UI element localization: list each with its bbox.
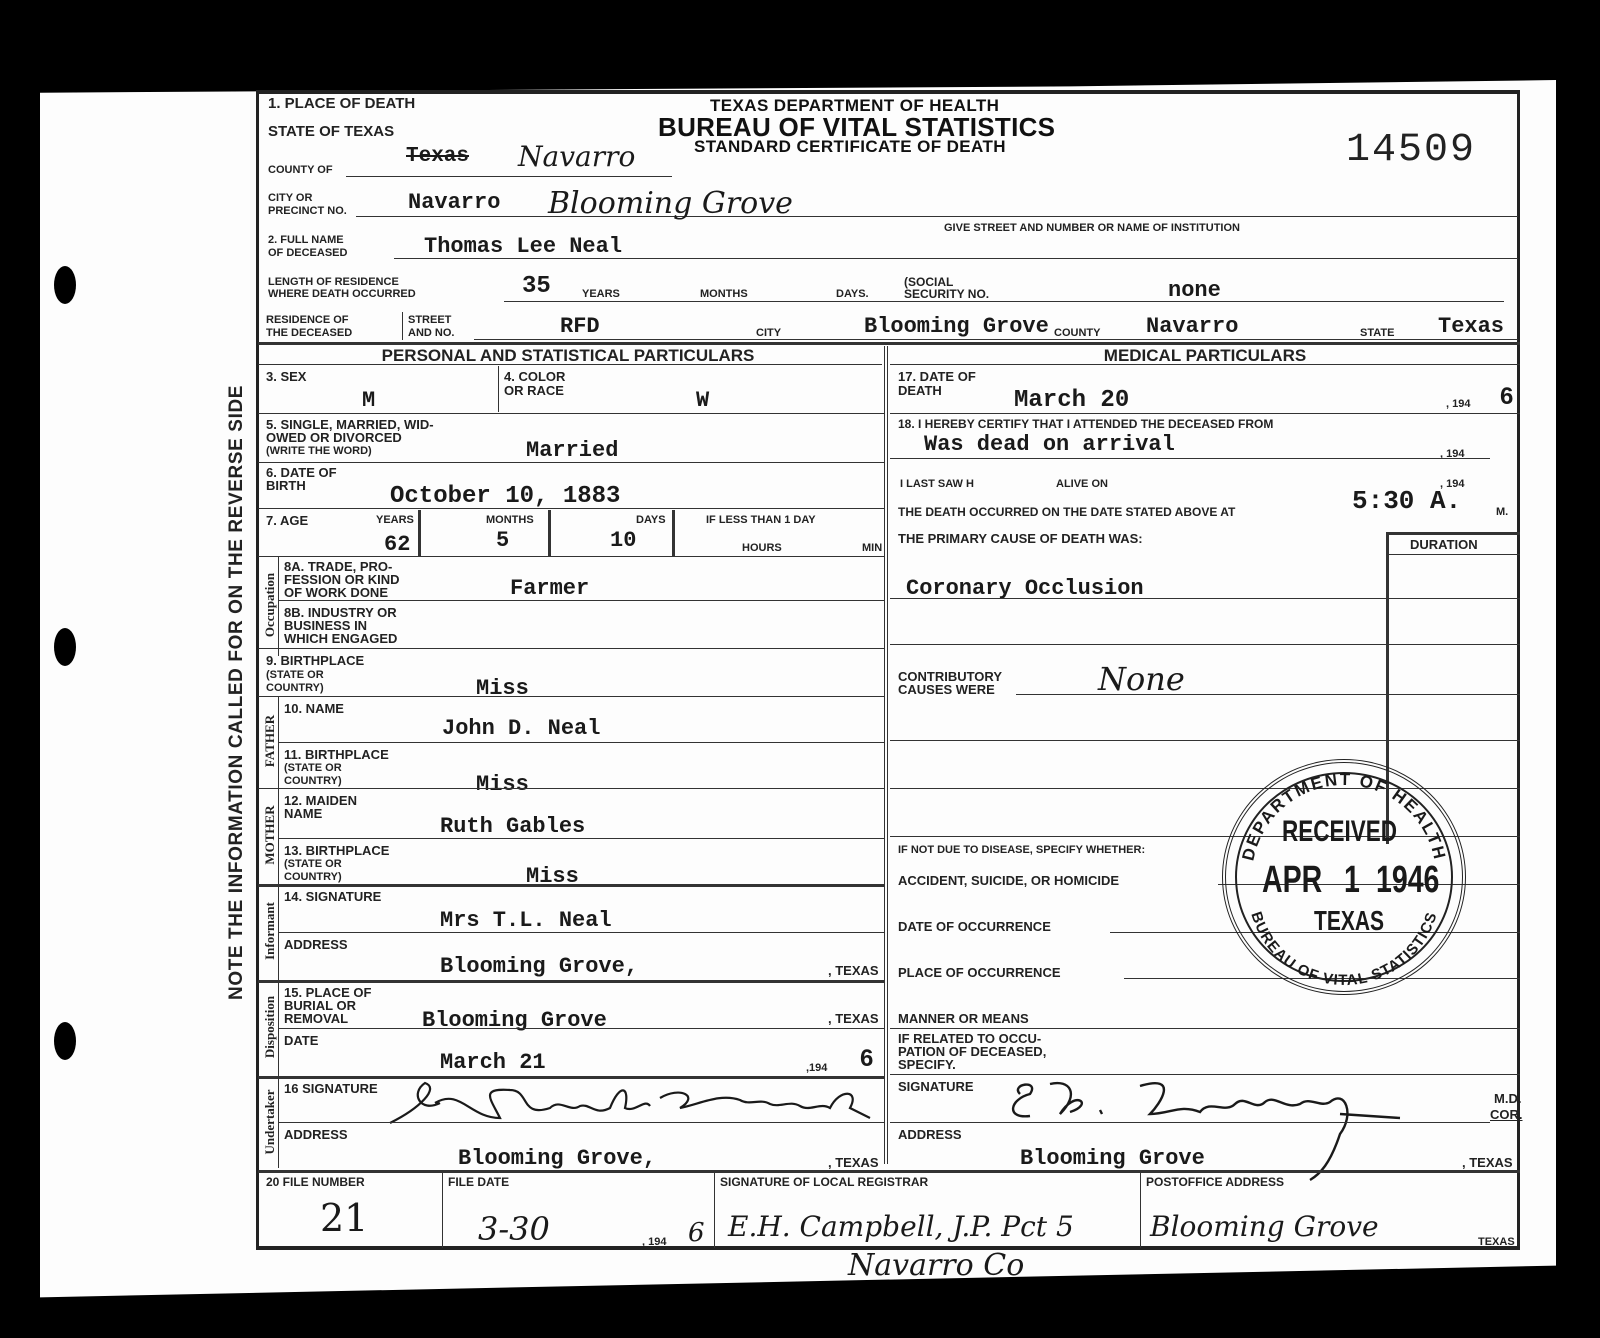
row-line [278,742,884,743]
birthplace-label-2: (STATE OR [266,669,324,681]
birthplace-label-1: 9. BIRTHPLACE [266,654,364,667]
county-typed-struck: Texas [406,146,469,168]
row-line [890,598,1520,599]
city-label-2: PRECINCT NO. [268,205,347,217]
county-underline [346,176,672,177]
row-line [278,932,884,933]
mother-maiden-name: Ruth Gables [440,816,585,838]
age-hours-label: HOURS [742,542,782,554]
texas-suffix: TEXAS [1478,1236,1515,1248]
informant-signature: Mrs T.L. Neal [440,910,612,932]
registrar-label: SIGNATURE OF LOCAL REGISTRAR [720,1176,928,1188]
not-disease-label: IF NOT DUE TO DISEASE, SPECIFY WHETHER: [898,844,1145,856]
street-hint: GIVE STREET AND NUMBER OR NAME OF INSTIT… [944,222,1240,234]
residence-divider [402,312,403,340]
row-line [890,740,1520,741]
contributory-causes: None [1098,660,1185,698]
res-county-label: COUNTY [1054,327,1100,339]
contributory-label-2: CAUSES WERE [898,683,995,696]
race-label-2: OR RACE [504,384,564,397]
race-value: W [696,390,709,412]
file-number-label: 20 FILE NUMBER [266,1176,365,1188]
undertaker-addr-label: ADDRESS [284,1128,348,1141]
col-line [672,510,675,556]
duration-top [1386,532,1520,535]
col-line [548,510,551,556]
burial-date: March 21 [440,1052,546,1074]
residence-label-1: RESIDENCE OF [266,314,349,326]
residence-underline [504,301,1504,302]
ssn-value: none [1168,280,1221,302]
years-label: YEARS [582,288,620,300]
father-name: John D. Neal [442,718,600,740]
marital-status: Married [526,440,618,462]
physician-sig-label: SIGNATURE [898,1080,974,1093]
file-year-prefix: , 194 [642,1236,666,1248]
time-of-death: 5:30 A. [1352,490,1461,512]
row-line [1386,554,1520,555]
row-line [258,696,884,697]
medical-hdr-line [890,364,1520,365]
center-divider [884,346,888,1164]
registrar-signature: E.H. Campbell, J.P. Pct 5 [728,1210,1074,1243]
file-date: 3-30 [478,1210,550,1248]
informant-sig-label: 14. SIGNATURE [284,890,381,903]
stamp-year: 1946 [1376,859,1439,902]
residence-street-underline [474,339,1518,340]
physician-address: Blooming Grove [1020,1148,1205,1170]
physician-addr-label: ADDRESS [898,1128,962,1141]
age-label: 7. AGE [266,514,308,527]
sex-value: M [362,390,375,412]
county-label: COUNTY OF [268,164,333,176]
row-line [278,1122,884,1123]
undertaker-sig-label: 16 SIGNATURE [284,1082,378,1095]
row-line [258,648,884,649]
postoffice-address: Blooming Grove [1150,1210,1379,1243]
row-line [258,462,884,463]
dod-label-1: 17. DATE OF [898,370,976,383]
file-date-label: FILE DATE [448,1176,509,1188]
mother-bp-label-2: (STATE OR [284,858,342,870]
md-label: M.D. [1494,1092,1521,1105]
residence-street: RFD [560,316,600,338]
duration-label: DURATION [1410,538,1478,551]
texas-suffix: , TEXAS [828,964,879,977]
days-label: DAYS. [836,288,869,300]
row-line [258,508,884,509]
deceased-full-name: Thomas Lee Neal [424,236,622,258]
mother-name-label-2: NAME [284,807,322,820]
residence-state: Texas [1438,316,1504,338]
city-typed: Navarro [408,192,500,214]
primary-cause-label: THE PRIMARY CAUSE OF DEATH WAS: [898,532,1143,545]
city-handwritten: Blooming Grove [548,186,793,221]
date-of-birth: October 10, 1883 [390,486,620,508]
informant-tab: Informant [262,884,278,978]
row-line [278,838,884,839]
row-line [258,980,884,983]
months-label: MONTHS [700,288,748,300]
alive-on-label: ALIVE ON [1056,478,1108,490]
father-bp-label-2: (STATE OR [284,762,342,774]
row-line [258,413,884,414]
undertaker-address: Blooming Grove, [458,1148,656,1170]
row-line [1016,694,1520,695]
trade-label-3: OF WORK DONE [284,586,388,599]
row-line [258,556,884,557]
mother-tab: MOTHER [262,788,278,882]
date-of-death: March 20 [1014,390,1129,412]
city-underline [356,216,1518,217]
col-line [714,1170,715,1248]
sex-label: 3. SEX [266,370,306,383]
accident-label: ACCIDENT, SUICIDE, OR HOMICIDE [898,874,1119,887]
burial-label-3: REMOVAL [284,1012,348,1025]
age-years-label: YEARS [376,514,414,526]
city-label-1: CITY OR [268,192,312,204]
file-year-suffix: 6 [688,1218,705,1248]
cor-label: COR. [1490,1108,1523,1121]
father-tab: FATHER [262,696,278,786]
texas-suffix: , TEXAS [828,1012,879,1025]
sex-race-divider [498,366,499,412]
father-bp-label-1: 11. BIRTHPLACE [284,748,389,761]
dod-year-prefix: , 194 [1446,398,1470,410]
col-line [1140,1170,1141,1248]
row-line [278,600,884,601]
punch-hole [54,266,76,304]
age-days-label: DAYS [636,514,666,526]
postoffice-label: POSTOFFICE ADDRESS [1146,1176,1284,1188]
disposition-tab: Disposition [262,980,278,1074]
filing-top [258,1170,1520,1173]
burial-year-suffix: 6 [860,1048,873,1070]
certify-value: Was dead on arrival [924,434,1175,456]
file-number: 21 [320,1196,368,1240]
row-line [890,458,1490,459]
informant-address: Blooming Grove, [440,956,638,978]
last-saw-label: I LAST SAW H [900,478,974,490]
birthplace-label-3: COUNTRY) [266,682,324,694]
personal-section-title: PERSONAL AND STATISTICAL PARTICULARS [258,346,878,366]
industry-label-3: WHICH ENGAGED [284,632,397,645]
row-line [890,1028,1520,1029]
row-line [258,788,884,789]
age-days: 10 [610,530,636,552]
ssn-label-2: SECURITY NO. [904,288,989,300]
texas-suffix: , TEXAS [1462,1156,1513,1169]
father-birthplace: Miss [476,774,529,796]
punch-hole [54,1022,76,1060]
margin-note: Navarro Co [848,1248,1024,1283]
section-divider [258,342,1520,345]
marital-label-3: (WRITE THE WORD) [266,445,372,457]
tab-divider [278,788,279,884]
res-city-label: CITY [756,327,781,339]
received-stamp: DEPARTMENT OF HEALTH BUREAU OF VITAL STA… [1222,759,1466,995]
manner-label: MANNER OR MEANS [898,1012,1029,1025]
certificate-number: 14509 [1346,128,1476,173]
mother-bp-label-1: 13. BIRTHPLACE [284,844,389,857]
col-line [442,1170,443,1248]
county-handwritten: Navarro [518,140,635,173]
dob-label-2: BIRTH [266,479,306,492]
full-name-label-1: 2. FULL NAME [268,234,344,246]
form-title: STANDARD CERTIFICATE OF DEATH [694,137,1006,157]
medical-section-title: MEDICAL PARTICULARS [890,346,1520,366]
age-years: 62 [384,534,410,556]
burial-date-label: DATE [284,1034,318,1047]
state-label: STATE OF TEXAS [268,124,394,139]
residence-length-label-2: WHERE DEATH OCCURRED [268,288,416,300]
occupation-tab: Occupation [262,556,278,654]
father-name-label: 10. NAME [284,702,344,715]
stamp-day: 1 [1344,859,1360,902]
occurred-label: THE DEATH OCCURRED ON THE DATE STATED AB… [898,506,1235,518]
tab-divider [278,556,279,656]
name-underline [394,258,1518,259]
undertaker-signature [380,1078,880,1128]
primary-cause: Coronary Occlusion [906,578,1144,600]
residence-label-2: THE DECEASED [266,327,352,339]
street-label-1: STREET [408,314,451,326]
occurrence-place-label: PLACE OF OCCURRENCE [898,966,1061,979]
age-months-label: MONTHS [486,514,534,526]
age-lt1-label: IF LESS THAN 1 DAY [706,514,816,526]
row-line [278,1028,884,1029]
col-line [418,510,421,556]
street-label-2: AND NO. [408,327,454,339]
row-line [258,884,884,887]
row-line [890,644,1520,645]
occ-related-label-3: SPECIFY. [898,1058,956,1071]
dod-label-2: DEATH [898,384,942,397]
stamp-state: TEXAS [1314,905,1384,937]
full-name-label-2: OF DECEASED [268,247,347,259]
row-line [890,413,1520,414]
residence-length-label-1: LENGTH OF RESIDENCE [268,276,399,288]
age-min-label: MIN [862,542,882,554]
residence-years-value: 35 [522,276,551,298]
race-label-1: 4. COLOR [504,370,565,383]
stamp-month: APR [1262,859,1322,902]
residence-city: Blooming Grove [864,316,1049,338]
age-months: 5 [496,530,509,552]
residence-county: Navarro [1146,316,1238,338]
undertaker-tab: Undertaker [262,1076,278,1168]
texas-suffix: , TEXAS [828,1156,879,1169]
punch-hole [54,628,76,666]
reverse-side-note: NOTE THE INFORMATION CALLED FOR ON THE R… [226,385,248,1000]
row-line [890,1122,1490,1123]
res-state-label: STATE [1360,327,1394,339]
occupation-trade: Farmer [510,578,589,600]
burial-year-prefix: ,194 [806,1062,827,1074]
informant-addr-label: ADDRESS [284,938,348,951]
personal-hdr-line [258,364,882,365]
occurrence-date-label: DATE OF OCCURRENCE [898,920,1051,933]
certify-label: 18. I HEREBY CERTIFY THAT I ATTENDED THE… [898,418,1273,430]
time-suffix: M. [1496,506,1508,518]
mother-bp-label-3: COUNTRY) [284,871,342,883]
dod-year-suffix: 6 [1500,386,1513,408]
stamp-received: RECEIVED [1282,815,1397,849]
father-bp-label-3: COUNTRY) [284,775,342,787]
place-of-death-label: 1. PLACE OF DEATH [268,96,415,111]
marital-label-2: OWED OR DIVORCED [266,431,402,444]
